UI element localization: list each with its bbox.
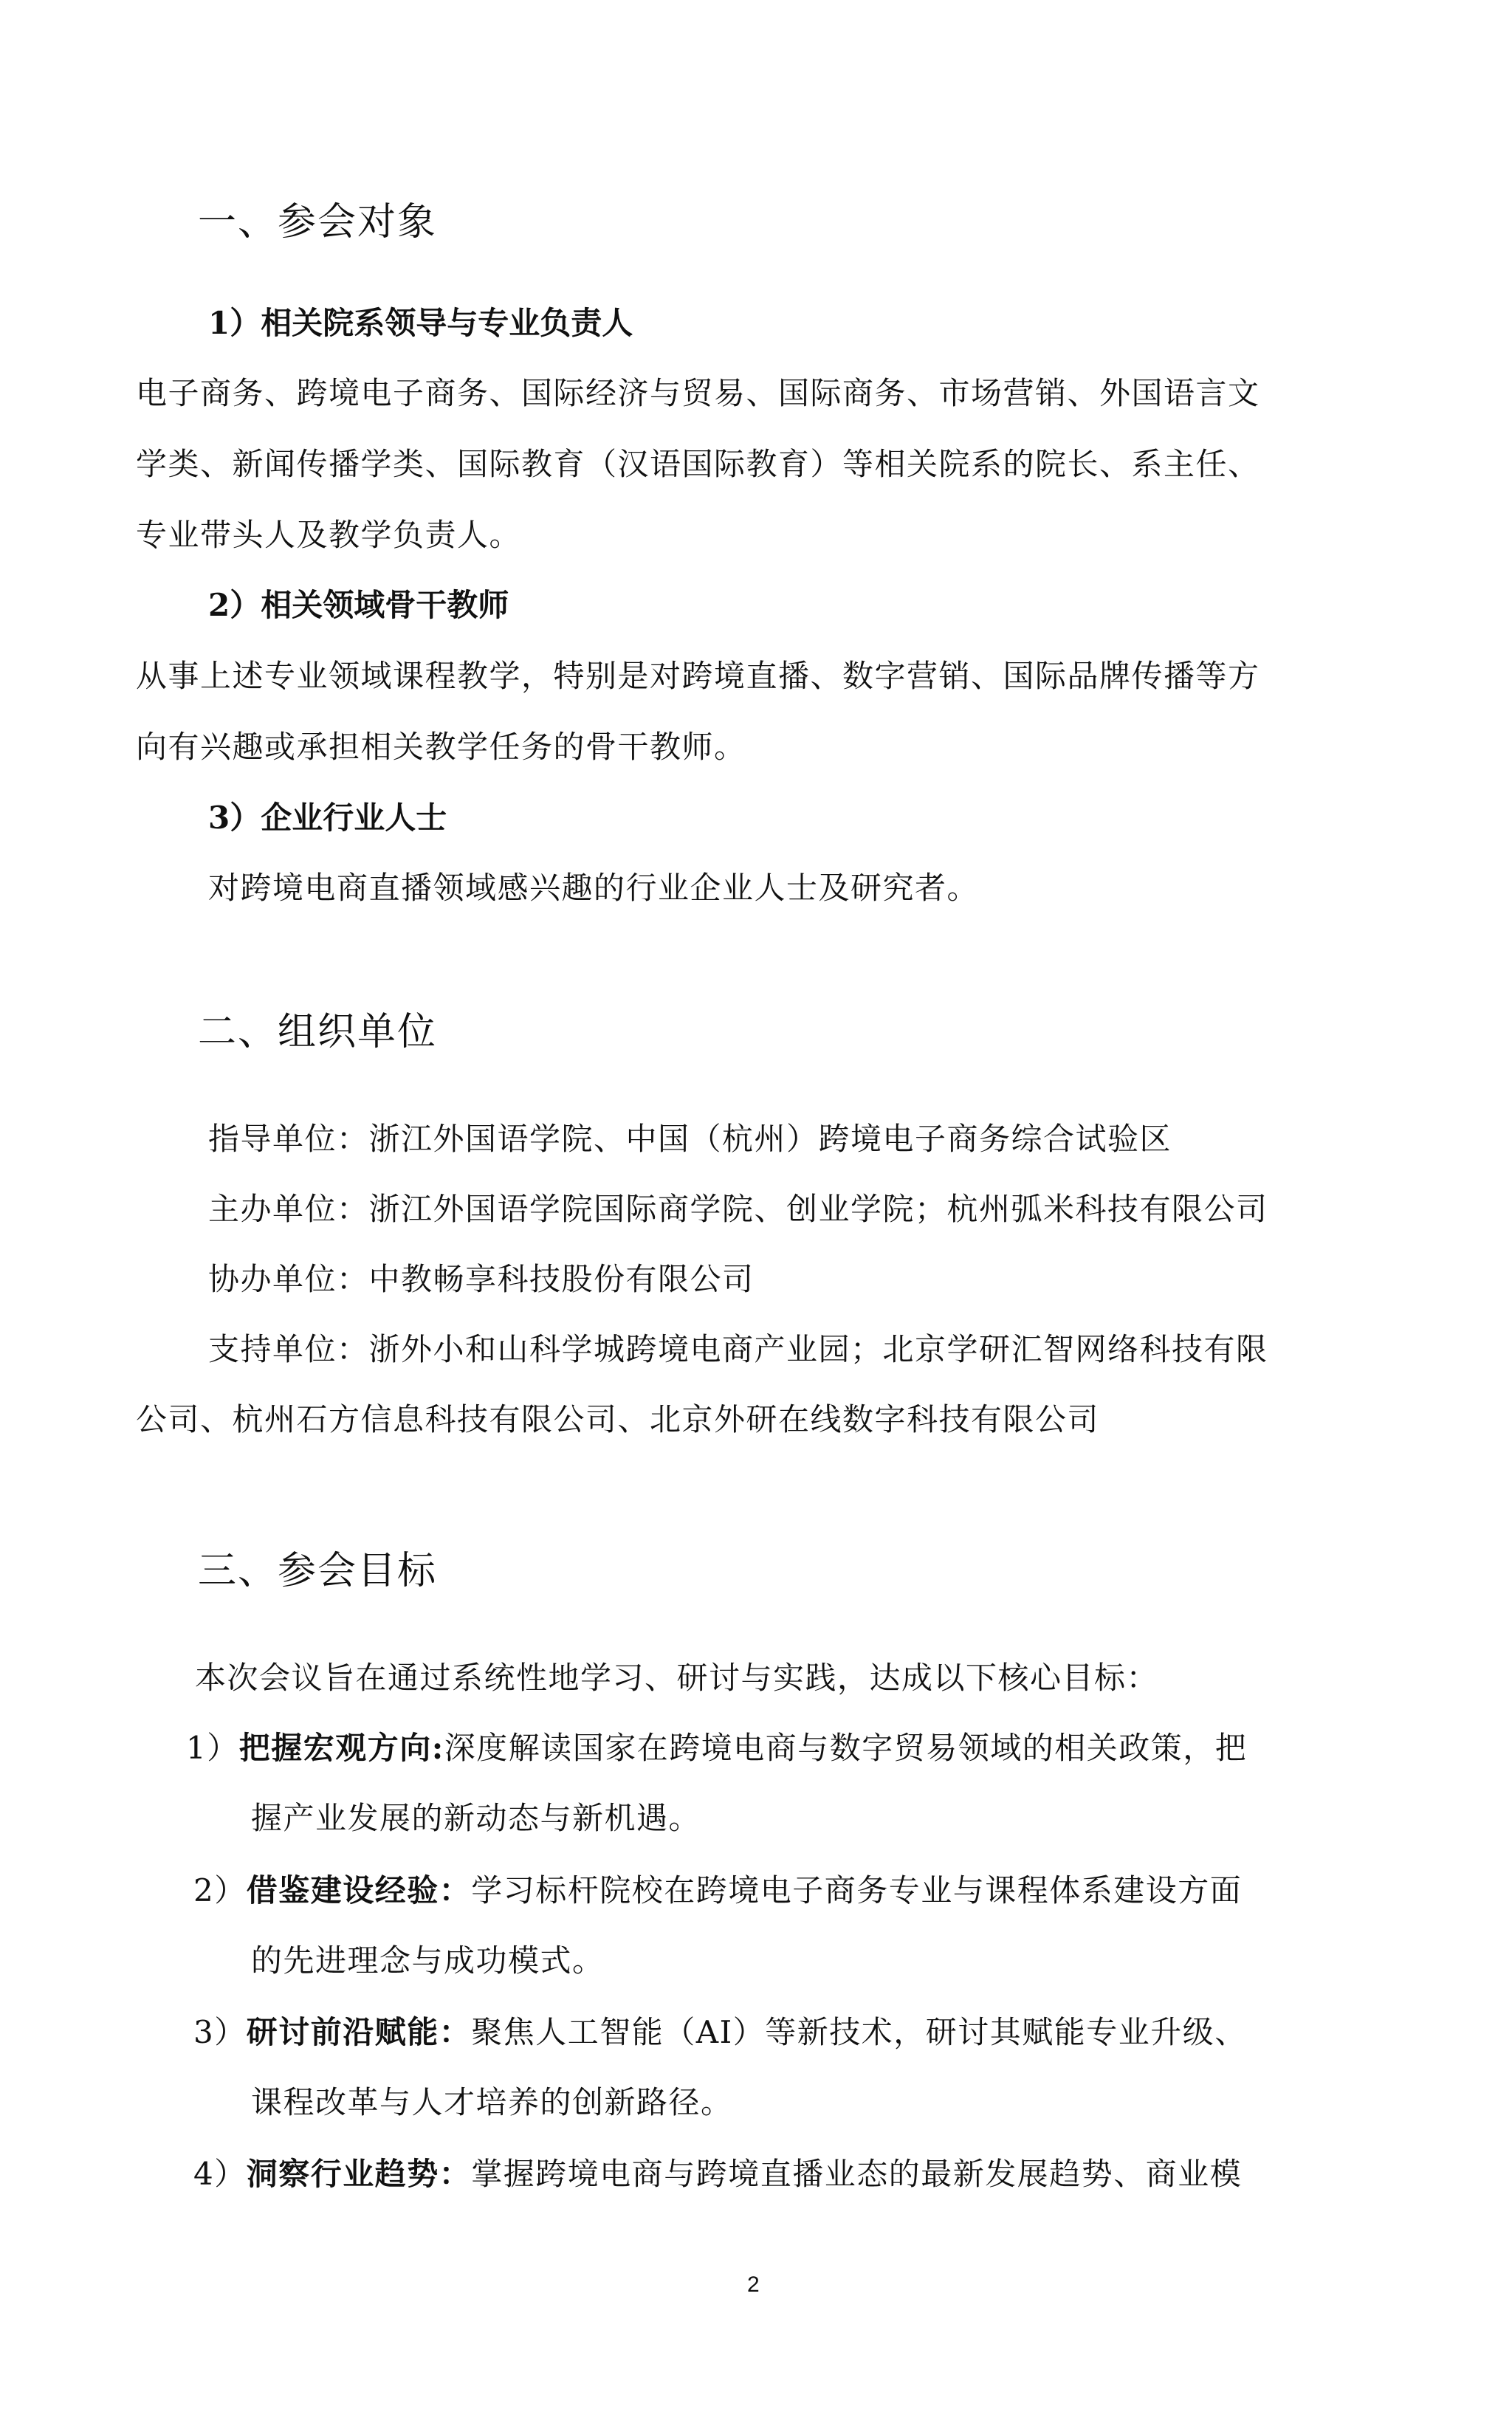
goal-sep: ： bbox=[439, 1872, 472, 1908]
goal-label: 研讨前沿赋能 bbox=[247, 2014, 439, 2050]
goal-text-cont: 的先进理念与成功模式。 bbox=[251, 1937, 605, 1981]
organizer-support-cont: 公司、杭州石方信息科技有限公司、北京外研在线数字科技有限公司 bbox=[136, 1395, 1099, 1440]
organizer-host: 主办单位：浙江外国语学院国际商学院、创业学院；杭州弧米科技有限公司 bbox=[208, 1185, 1268, 1229]
goal-label: 把握宏观方向 bbox=[239, 1730, 432, 1766]
goal-label: 洞察行业趋势 bbox=[247, 2156, 439, 2192]
goal-label: 借鉴建设经验 bbox=[247, 1872, 439, 1908]
goal-text-cont: 课程改革与人才培养的创新路径。 bbox=[251, 2078, 733, 2123]
goal-sep: ： bbox=[439, 2014, 472, 2050]
subsection-title-teachers: 2）相关领域骨干教师 bbox=[208, 581, 509, 625]
goal-number: 4） bbox=[193, 2156, 247, 2192]
paragraph-line: 电子商务、跨境电子商务、国际经济与贸易、国际商务、市场营销、外国语言文 bbox=[136, 369, 1260, 413]
goal-text-cont: 握产业发展的新动态与新机遇。 bbox=[251, 1794, 701, 1838]
section-heading-goals: 三、参会目标 bbox=[198, 1539, 437, 1595]
goal-number: 3） bbox=[193, 2014, 247, 2050]
page-number: 2 bbox=[747, 2272, 760, 2298]
goal-item: 1）把握宏观方向:深度解读国家在跨境电商与数字贸易领域的相关政策，把 bbox=[186, 1724, 1247, 1768]
paragraph-line: 专业带头人及教学负责人。 bbox=[136, 511, 521, 555]
subsection-title-industry: 3）企业行业人士 bbox=[208, 794, 447, 838]
goal-sep: : bbox=[432, 1730, 444, 1766]
document-page: 一、参会对象 1）相关院系领导与专业负责人 电子商务、跨境电子商务、国际经济与贸… bbox=[0, 0, 1512, 2426]
goal-text: 聚焦人工智能（AI）等新技术，研讨其赋能专业升级、 bbox=[471, 2014, 1246, 2050]
paragraph-line: 对跨境电商直播领域感兴趣的行业企业人士及研究者。 bbox=[208, 864, 979, 908]
section-heading-participants: 一、参会对象 bbox=[198, 190, 437, 246]
goal-number: 2） bbox=[193, 1872, 247, 1908]
goal-text: 学习标杆院校在跨境电子商务专业与课程体系建设方面 bbox=[471, 1872, 1242, 1908]
goal-sep: ： bbox=[439, 2156, 472, 2192]
goal-item: 2）借鉴建设经验：学习标杆院校在跨境电子商务专业与课程体系建设方面 bbox=[193, 1866, 1242, 1911]
section-heading-organizers: 二、组织单位 bbox=[198, 1000, 437, 1056]
paragraph-line: 向有兴趣或承担相关教学任务的骨干教师。 bbox=[136, 723, 746, 767]
goal-text: 深度解读国家在跨境电商与数字贸易领域的相关政策，把 bbox=[444, 1730, 1248, 1766]
organizer-co-host: 协办单位：中教畅享科技股份有限公司 bbox=[208, 1255, 755, 1299]
goal-text: 掌握跨境电商与跨境直播业态的最新发展趋势、商业模 bbox=[471, 2156, 1242, 2192]
goals-intro: 本次会议旨在通过系统性地学习、研讨与实践，达成以下核心目标： bbox=[195, 1654, 1158, 1698]
organizer-guiding: 指导单位：浙江外国语学院、中国（杭州）跨境电子商务综合试验区 bbox=[208, 1115, 1172, 1159]
paragraph-line: 学类、新闻传播学类、国际教育（汉语国际教育）等相关院系的院长、系主任、 bbox=[136, 440, 1260, 484]
paragraph-line: 从事上述专业领域课程教学，特别是对跨境直播、数字营销、国际品牌传播等方 bbox=[136, 652, 1260, 696]
subsection-title-leaders: 1）相关院系领导与专业负责人 bbox=[208, 299, 633, 343]
goal-item: 3）研讨前沿赋能：聚焦人工智能（AI）等新技术，研讨其赋能专业升级、 bbox=[193, 2008, 1247, 2052]
goal-item: 4）洞察行业趋势：掌握跨境电商与跨境直播业态的最新发展趋势、商业模 bbox=[193, 2150, 1242, 2194]
goal-number: 1） bbox=[186, 1730, 239, 1766]
organizer-support: 支持单位：浙外小和山科学城跨境电商产业园；北京学研汇智网络科技有限 bbox=[208, 1325, 1268, 1370]
